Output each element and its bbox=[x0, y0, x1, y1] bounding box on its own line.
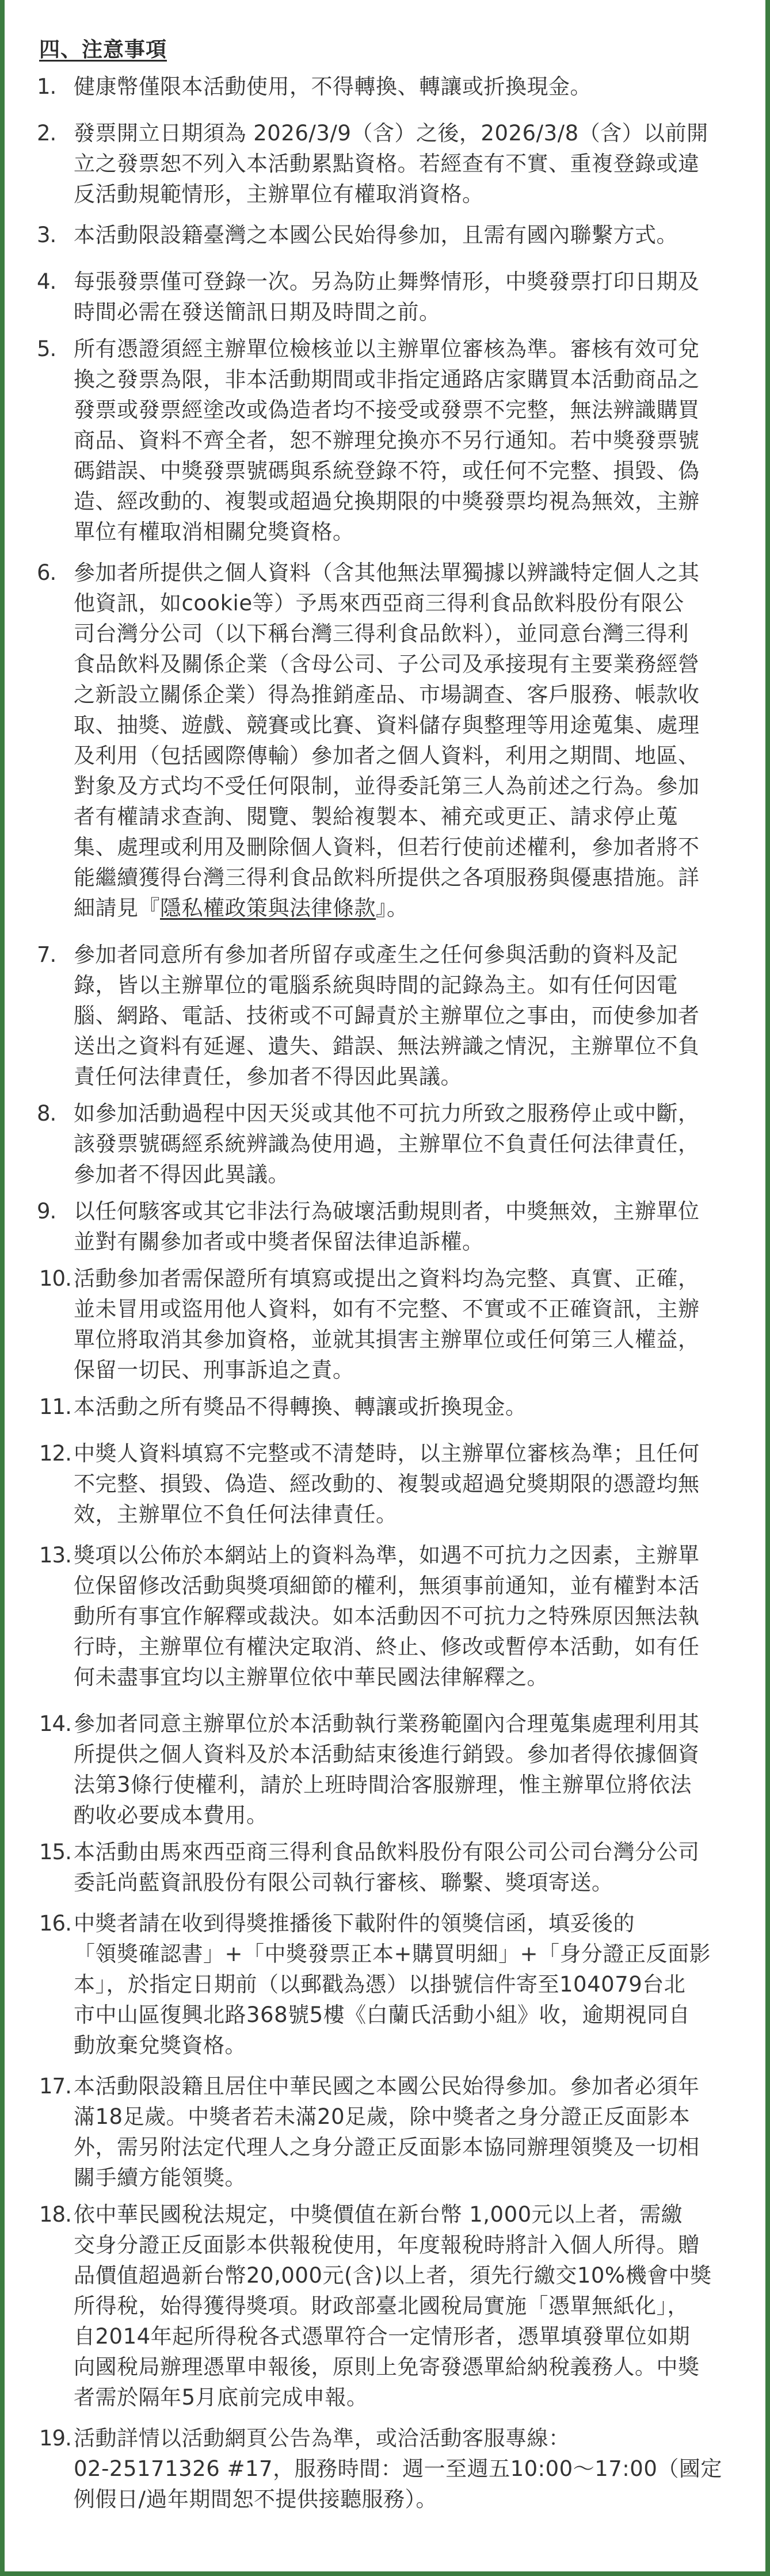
item-text-line: 動放棄兌獎資格。 bbox=[74, 2030, 770, 2061]
list-item-4: 4. 每張發票僅可登錄一次。另為防止舞弊情形，中獎發票打印日期及 時間必需在發送… bbox=[5, 266, 770, 327]
item-text-line: 之新設立關係企業）得為推銷產品、市場調查、客戶服務、帳款收 bbox=[74, 679, 770, 710]
item-number: 15. bbox=[39, 1837, 75, 1867]
item-text-line: 自2014年起所得稅各式憑單符合一定情形者，憑單填發單位如期 bbox=[74, 2321, 770, 2352]
item-text-line: 不完整、損毀、偽造、經改動的、複製或超過兌獎期限的憑證均無 bbox=[74, 1469, 770, 1499]
item-number: 18. bbox=[39, 2199, 75, 2230]
item-text-line: 者有權請求查詢、閱覽、製給複製本、補充或更正、請求停止蒐 bbox=[74, 801, 770, 832]
item-text-line: 參加者同意所有參加者所留存或產生之任何參與活動的資料及記 bbox=[74, 939, 770, 970]
item-text-line: 本活動限設籍且居住中華民國之本國公民始得參加。參加者必須年 bbox=[74, 2071, 770, 2101]
item-text-line: 他資訊，如cookie等）予馬來西亞商三得利食品飲料股份有限公 bbox=[74, 588, 770, 618]
list-item-13: 13. 獎項以公佈於本網站上的資料為準，如遇不可抗力之因素，主辦單 位保留修改活… bbox=[5, 1540, 770, 1692]
item-number: 2. bbox=[37, 118, 73, 148]
item-number: 11. bbox=[39, 1392, 75, 1422]
item-text-line: 本活動由馬來西亞商三得利食品飲料股份有限公司公司台灣分公司 bbox=[74, 1837, 770, 1867]
notice-panel: 四、注意事項 1. 健康幣僅限本活動使用，不得轉換、轉讓或折換現金。 2. 發票… bbox=[0, 0, 770, 2576]
item-number: 14. bbox=[39, 1709, 75, 1739]
item-text-line: 效，主辦單位不負任何法律責任。 bbox=[74, 1499, 770, 1530]
item-text-line: 活動詳情以活動網頁公告為準，或洽活動客服專線： bbox=[74, 2423, 770, 2453]
list-item-5: 5. 所有憑證須經主辦單位檢核並以主辦單位審核為準。審核有效可兌 換之發票為限，… bbox=[5, 334, 770, 547]
item-number: 16. bbox=[39, 1908, 75, 1939]
item-text-line: 送出之資料有延遲、遺失、錯誤、無法辨識之情況，主辦單位不負 bbox=[74, 1031, 770, 1061]
item-text-line: 如參加活動過程中因天災或其他不可抗力所致之服務停止或中斷， bbox=[74, 1098, 770, 1129]
item-text-line: 02-25171326 #17，服務時間：週一至週五10:00～17:00（國定 bbox=[74, 2453, 770, 2484]
item-text-line: 法第3條行使權利，請於上班時間洽客服辦理，惟主辦單位將依法 bbox=[74, 1769, 770, 1800]
list-item-18: 18. 依中華民國稅法規定，中獎價值在新台幣 1,000元以上者，需繳 交身分證… bbox=[5, 2199, 770, 2413]
item-text-line: 酌收必要成本費用。 bbox=[74, 1800, 770, 1830]
item-text-line: 責任何法律責任，參加者不得因此異議。 bbox=[74, 1061, 770, 1092]
item-text-line: 腦、網路、電話、技術或不可歸責於主辦單位之事由，而使參加者 bbox=[74, 1000, 770, 1031]
item-text-line: 每張發票僅可登錄一次。另為防止舞弊情形，中獎發票打印日期及 bbox=[74, 266, 770, 297]
list-item-6: 6. 參加者所提供之個人資料（含其他無法單獨據以辨識特定個人之其 他資訊，如co… bbox=[5, 557, 770, 923]
item-number: 19. bbox=[39, 2423, 75, 2453]
item-number: 17. bbox=[39, 2071, 75, 2101]
item-text-line: 食品飲料及關係企業（含母公司、子公司及承接現有主要業務經營 bbox=[74, 649, 770, 679]
item-text-line: 時間必需在發送簡訊日期及時間之前。 bbox=[74, 297, 770, 327]
privacy-policy-link[interactable]: 隱私權政策與法律條款 bbox=[160, 896, 376, 920]
list-item-15: 15. 本活動由馬來西亞商三得利食品飲料股份有限公司公司台灣分公司 委託尚藍資訊… bbox=[5, 1837, 770, 1898]
item-text-line: 交身分證正反面影本供報稅使用，年度報稅時將計入個人所得。贈 bbox=[74, 2230, 770, 2260]
item-text-line: 中獎人資料填寫不完整或不清楚時，以主辦單位審核為準；且任何 bbox=[74, 1438, 770, 1469]
item-text-line: 動所有事宜作解釋或裁決。如本活動因不可抗力之特殊原因無法執 bbox=[74, 1601, 770, 1631]
item-number: 12. bbox=[39, 1438, 75, 1469]
item-text-line: 反活動規範情形，主辦單位有權取消資格。 bbox=[74, 179, 770, 209]
list-item-1: 1. 健康幣僅限本活動使用，不得轉換、轉讓或折換現金。 bbox=[5, 71, 770, 102]
item-text-line: 單位有權取消相關兌獎資格。 bbox=[74, 517, 770, 547]
list-item-3: 3. 本活動限設籍臺灣之本國公民始得參加，且需有國內聯繫方式。 bbox=[5, 220, 770, 250]
list-item-2: 2. 發票開立日期須為 2026/3/9（含）之後，2026/3/8（含）以前開… bbox=[5, 118, 770, 209]
link-suffix: 』。 bbox=[376, 896, 409, 920]
item-text-line: 該發票號碼經系統辨識為使用過，主辦單位不負責任何法律責任， bbox=[74, 1129, 770, 1159]
item-text-line: 依中華民國稅法規定，中獎價值在新台幣 1,000元以上者，需繳 bbox=[74, 2199, 770, 2230]
item-text-line: 所有憑證須經主辦單位檢核並以主辦單位審核為準。審核有效可兌 bbox=[74, 334, 770, 364]
item-number: 9. bbox=[37, 1196, 73, 1226]
item-text-line: 向國稅局辦理憑單申報後，原則上免寄發憑單給納稅義務人。中獎 bbox=[74, 2352, 770, 2382]
list-item-7: 7. 參加者同意所有參加者所留存或產生之任何參與活動的資料及記 錄，皆以主辦單位… bbox=[5, 939, 770, 1092]
item-text-line: 位保留修改活動與獎項細節的權利，無須事前通知，並有權對本活 bbox=[74, 1570, 770, 1601]
item-text-line: 取、抽獎、遊戲、競賽或比賽、資料儲存與整理等用途蒐集、處理 bbox=[74, 710, 770, 740]
item-text-line: 能繼續獲得台灣三得利食品飲料所提供之各項服務與優惠措施。詳 bbox=[74, 862, 770, 893]
item-text-line: 並對有關參加者或中獎者保留法律追訴權。 bbox=[74, 1226, 770, 1257]
list-item-11: 11. 本活動之所有獎品不得轉換、轉讓或折換現金。 bbox=[5, 1392, 770, 1422]
item-text-line: 司台灣分公司（以下稱台灣三得利食品飲料），並同意台灣三得利 bbox=[74, 618, 770, 649]
link-prefix: 細請見『 bbox=[74, 896, 160, 920]
item-text-line: 發票開立日期須為 2026/3/9（含）之後，2026/3/8（含）以前開 bbox=[74, 118, 770, 148]
list-item-8: 8. 如參加活動過程中因天災或其他不可抗力所致之服務停止或中斷， 該發票號碼經系… bbox=[5, 1098, 770, 1190]
item-text-line: 委託尚藍資訊股份有限公司執行審核、聯繫、獎項寄送。 bbox=[74, 1867, 770, 1898]
item-text-line: 關手續方能領獎。 bbox=[74, 2162, 770, 2193]
item-number: 7. bbox=[37, 939, 73, 970]
item-number: 1. bbox=[37, 71, 73, 102]
item-text-line: 所得稅，始得獲得獎項。財政部臺北國稅局實施「憑單無紙化」， bbox=[74, 2291, 770, 2321]
item-text-line: 參加者不得因此異議。 bbox=[74, 1159, 770, 1190]
item-text-line: 中獎者請在收到得獎推播後下載附件的領獎信函，填妥後的 bbox=[74, 1908, 770, 1939]
item-number: 4. bbox=[37, 266, 73, 297]
list-item-10: 10. 活動參加者需保證所有填寫或提出之資料均為完整、真實、正確， 並未冒用或盜… bbox=[5, 1263, 770, 1385]
item-text-line: 所提供之個人資料及於本活動結束後進行銷毀。參加者得依據個資 bbox=[74, 1739, 770, 1769]
item-text-line: 換之發票為限，非本活動期間或非指定通路店家購買本活動商品之 bbox=[74, 364, 770, 395]
item-number: 8. bbox=[37, 1098, 73, 1129]
item-text-line: 行時，主辦單位有權決定取消、終止、修改或暫停本活動，如有任 bbox=[74, 1631, 770, 1662]
list-item-14: 14. 參加者同意主辦單位於本活動執行業務範圍內合理蒐集處理利用其 所提供之個人… bbox=[5, 1709, 770, 1830]
item-text-line: 品價值超過新台幣20,000元(含)以上者，須先行繳交10%機會中獎 bbox=[74, 2260, 770, 2291]
item-text-line: 何未盡事宜均以主辦單位依中華民國法律解釋之。 bbox=[74, 1662, 770, 1692]
notice-list: 1. 健康幣僅限本活動使用，不得轉換、轉讓或折換現金。 2. 發票開立日期須為 … bbox=[5, 71, 770, 2521]
item-text-line: 活動參加者需保證所有填寫或提出之資料均為完整、真實、正確， bbox=[74, 1263, 770, 1294]
item-number: 3. bbox=[37, 220, 73, 250]
item-text-line: 本」，於指定日期前（以郵戳為憑）以掛號信件寄至104079台北 bbox=[74, 1969, 770, 2000]
item-text-line: 集、處理或利用及刪除個人資料，但若行使前述權利，參加者將不 bbox=[74, 832, 770, 862]
list-item-17: 17. 本活動限設籍且居住中華民國之本國公民始得參加。參加者必須年 滿18足歲。… bbox=[5, 2071, 770, 2193]
item-text-line: 獎項以公佈於本網站上的資料為準，如遇不可抗力之因素，主辦單 bbox=[74, 1540, 770, 1570]
list-item-16: 16. 中獎者請在收到得獎推播後下載附件的領獎信函，填妥後的 「領獎確認書」+「… bbox=[5, 1908, 770, 2061]
item-text-line: 碼錯誤、中獎發票號碼與系統登錄不符，或任何不完整、損毀、偽 bbox=[74, 456, 770, 486]
item-text-line: 對象及方式均不受任何限制，並得委託第三人為前述之行為。參加 bbox=[74, 771, 770, 801]
item-text-line: 造、經改動的、複製或超過兌換期限的中獎發票均視為無效，主辦 bbox=[74, 486, 770, 517]
list-item-9: 9. 以任何駭客或其它非法行為破壞活動規則者，中獎無效，主辦單位 並對有關參加者… bbox=[5, 1196, 770, 1257]
item-text-line: 單位將取消其參加資格，並就其損害主辦單位或任何第三人權益， bbox=[74, 1324, 770, 1355]
item-text-line: 健康幣僅限本活動使用，不得轉換、轉讓或折換現金。 bbox=[74, 71, 770, 102]
item-text-line: 本活動之所有獎品不得轉換、轉讓或折換現金。 bbox=[74, 1392, 770, 1422]
item-text-line: 錄，皆以主辦單位的電腦系統與時間的記錄為主。如有任何因電 bbox=[74, 970, 770, 1000]
item-text-line: 保留一切民、刑事訴追之責。 bbox=[74, 1355, 770, 1385]
item-text-line: 「領獎確認書」+「中獎發票正本+購買明細」+「身分證正反面影 bbox=[74, 1939, 770, 1969]
item-text-line: 參加者同意主辦單位於本活動執行業務範圍內合理蒐集處理利用其 bbox=[74, 1709, 770, 1739]
item-text-line: 例假日/過年期間恕不提供接聽服務）。 bbox=[74, 2484, 770, 2514]
item-number: 10. bbox=[39, 1263, 75, 1294]
item-number: 5. bbox=[37, 334, 73, 364]
item-text-line: 商品、資料不齊全者，恕不辦理兌換亦不另行通知。若中獎發票號 bbox=[74, 425, 770, 456]
list-item-12: 12. 中獎人資料填寫不完整或不清楚時，以主辦單位審核為準；且任何 不完整、損毀… bbox=[5, 1438, 770, 1530]
item-text-line: 參加者所提供之個人資料（含其他無法單獨據以辨識特定個人之其 bbox=[74, 557, 770, 588]
item-text-line: 及利用（包括國際傳輸）參加者之個人資料，利用之期間、地區、 bbox=[74, 740, 770, 771]
list-item-19: 19. 活動詳情以活動網頁公告為準，或洽活動客服專線： 02-25171326 … bbox=[5, 2423, 770, 2514]
item-text-line: 市中山區復興北路368號5樓《白蘭氏活動小組》收，逾期視同自 bbox=[74, 2000, 770, 2030]
item-number: 6. bbox=[37, 557, 73, 588]
section-heading: 四、注意事項 bbox=[39, 37, 167, 63]
item-text-line: 滿18足歲。中獎者若未滿20足歲，除中獎者之身分證正反面影本 bbox=[74, 2101, 770, 2132]
item-text-line: 立之發票恕不列入本活動累點資格。若經查有不實、重複登錄或違 bbox=[74, 148, 770, 179]
item-text-line: 並未冒用或盜用他人資料，如有不完整、不實或不正確資訊，主辦 bbox=[74, 1294, 770, 1324]
item-text-line: 以任何駭客或其它非法行為破壞活動規則者，中獎無效，主辦單位 bbox=[74, 1196, 770, 1226]
item-number: 13. bbox=[39, 1540, 75, 1570]
item-text-line-with-link: 細請見『隱私權政策與法律條款』。 bbox=[74, 893, 770, 923]
item-text-line: 發票或發票經塗改或偽造者均不接受或發票不完整，無法辨識購買 bbox=[74, 395, 770, 425]
item-text-line: 者需於隔年5月底前完成申報。 bbox=[74, 2382, 770, 2413]
item-text-line: 本活動限設籍臺灣之本國公民始得參加，且需有國內聯繫方式。 bbox=[74, 220, 770, 250]
item-text-line: 外，需另附法定代理人之身分證正反面影本協同辦理領獎及一切相 bbox=[74, 2132, 770, 2162]
